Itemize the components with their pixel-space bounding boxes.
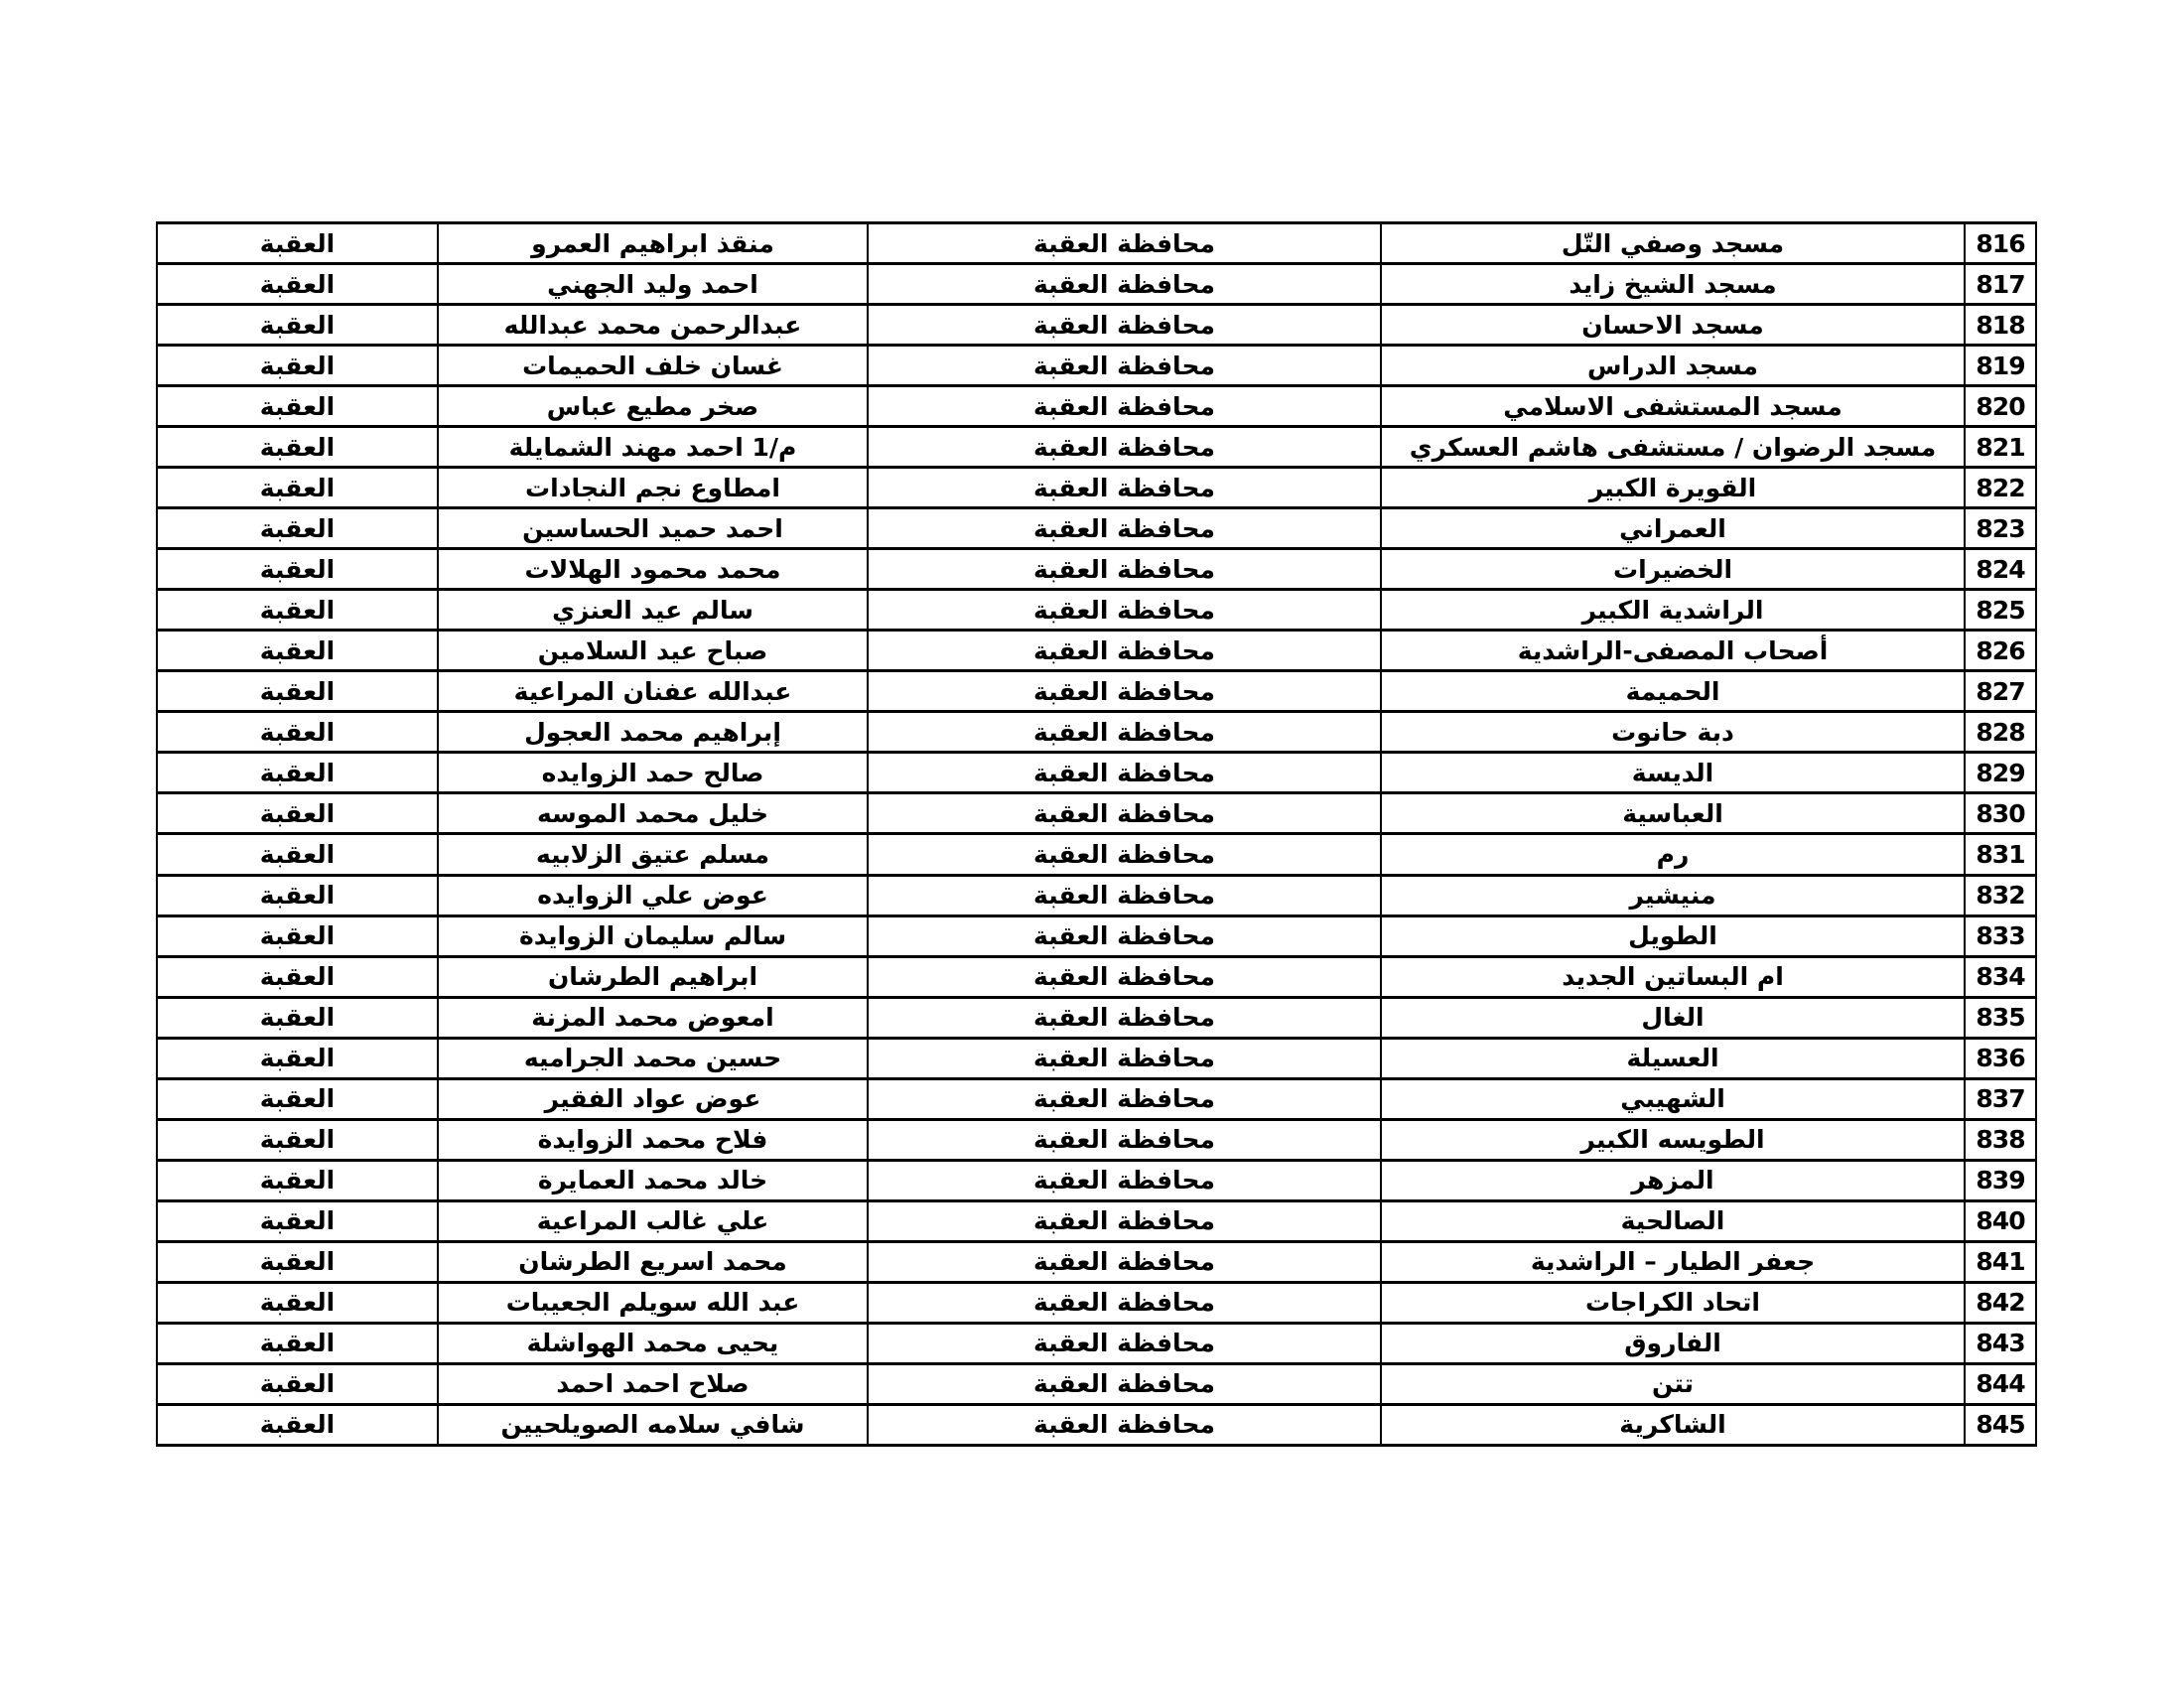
- imam-name-cell: خليل محمد الموسه: [438, 793, 868, 834]
- district-cell: العقبة: [157, 1323, 438, 1363]
- district-cell: العقبة: [157, 305, 438, 346]
- serial-number-cell: 821: [1965, 427, 2036, 468]
- mosque-name-cell: العسيلة: [1381, 1038, 1965, 1078]
- mosque-name-cell: العباسية: [1381, 793, 1965, 834]
- district-cell: العقبة: [157, 427, 438, 468]
- table-row: العقبة شافي سلامه الصويلحيين محافظة العق…: [157, 1404, 2036, 1445]
- mosque-name-cell: الشهيبي: [1381, 1078, 1965, 1119]
- district-cell: العقبة: [157, 590, 438, 631]
- imam-name-cell: فلاح محمد الزوايدة: [438, 1119, 868, 1160]
- mosque-name-cell: العمراني: [1381, 508, 1965, 549]
- table-row: العقبة محمد محمود الهلالات محافظة العقبة…: [157, 549, 2036, 590]
- imam-name-cell: عوض علي الزوايده: [438, 875, 868, 915]
- table-row: العقبة عبدالرحمن محمد عبدالله محافظة الع…: [157, 305, 2036, 346]
- serial-number-cell: 843: [1965, 1323, 2036, 1363]
- table-row: العقبة غسان خلف الحميمات محافظة العقبة م…: [157, 346, 2036, 386]
- district-cell: العقبة: [157, 834, 438, 875]
- imam-name-cell: ابراهيم الطرشان: [438, 956, 868, 997]
- table-row: العقبة عبدالله عفنان المراعية محافظة الع…: [157, 671, 2036, 712]
- governorate-cell: محافظة العقبة: [868, 997, 1381, 1038]
- imam-name-cell: احمد وليد الجهني: [438, 264, 868, 305]
- imam-name-cell: امطاوع نجم النجادات: [438, 468, 868, 508]
- governorate-cell: محافظة العقبة: [868, 1200, 1381, 1241]
- imam-name-cell: صخر مطيع عباس: [438, 386, 868, 427]
- serial-number-cell: 835: [1965, 997, 2036, 1038]
- serial-number-cell: 820: [1965, 386, 2036, 427]
- imam-name-cell: شافي سلامه الصويلحيين: [438, 1404, 868, 1445]
- district-cell: العقبة: [157, 997, 438, 1038]
- imam-name-cell: عبدالله عفنان المراعية: [438, 671, 868, 712]
- table-row: العقبة يحيى محمد الهواشلة محافظة العقبة …: [157, 1323, 2036, 1363]
- mosque-name-cell: منيشير: [1381, 875, 1965, 915]
- governorate-cell: محافظة العقبة: [868, 1323, 1381, 1363]
- serial-number-cell: 829: [1965, 753, 2036, 793]
- mosque-name-cell: جعفر الطيار – الراشدية: [1381, 1241, 1965, 1282]
- serial-number-cell: 845: [1965, 1404, 2036, 1445]
- district-cell: العقبة: [157, 1241, 438, 1282]
- imam-name-cell: عوض عواد الفقير: [438, 1078, 868, 1119]
- governorate-cell: محافظة العقبة: [868, 1038, 1381, 1078]
- district-cell: العقبة: [157, 1404, 438, 1445]
- governorate-cell: محافظة العقبة: [868, 671, 1381, 712]
- governorate-cell: محافظة العقبة: [868, 753, 1381, 793]
- serial-number-cell: 838: [1965, 1119, 2036, 1160]
- imam-name-cell: صالح حمد الزوايده: [438, 753, 868, 793]
- serial-number-cell: 837: [1965, 1078, 2036, 1119]
- serial-number-cell: 840: [1965, 1200, 2036, 1241]
- table-row: العقبة صباح عيد السلامين محافظة العقبة أ…: [157, 631, 2036, 671]
- imam-name-cell: م/1 احمد مهند الشمايلة: [438, 427, 868, 468]
- serial-number-cell: 825: [1965, 590, 2036, 631]
- imam-name-cell: سالم عيد العنزي: [438, 590, 868, 631]
- imam-name-cell: منقذ ابراهيم العمرو: [438, 223, 868, 264]
- mosque-roster-table: العقبة منقذ ابراهيم العمرو محافظة العقبة…: [156, 221, 2037, 1447]
- mosque-name-cell: الشاكرية: [1381, 1404, 1965, 1445]
- governorate-cell: محافظة العقبة: [868, 386, 1381, 427]
- table-row: العقبة محمد اسريع الطرشان محافظة العقبة …: [157, 1241, 2036, 1282]
- district-cell: العقبة: [157, 753, 438, 793]
- imam-name-cell: علي غالب المراعية: [438, 1200, 868, 1241]
- district-cell: العقبة: [157, 1160, 438, 1200]
- table-row: العقبة حسين محمد الجراميه محافظة العقبة …: [157, 1038, 2036, 1078]
- mosque-name-cell: مسجد المستشفى الاسلامي: [1381, 386, 1965, 427]
- governorate-cell: محافظة العقبة: [868, 1241, 1381, 1282]
- imam-name-cell: محمد محمود الهلالات: [438, 549, 868, 590]
- table-row: العقبة صخر مطيع عباس محافظة العقبة مسجد …: [157, 386, 2036, 427]
- district-cell: العقبة: [157, 671, 438, 712]
- serial-number-cell: 826: [1965, 631, 2036, 671]
- district-cell: العقبة: [157, 346, 438, 386]
- serial-number-cell: 816: [1965, 223, 2036, 264]
- serial-number-cell: 833: [1965, 915, 2036, 956]
- serial-number-cell: 822: [1965, 468, 2036, 508]
- mosque-name-cell: الصالحية: [1381, 1200, 1965, 1241]
- serial-number-cell: 834: [1965, 956, 2036, 997]
- imam-name-cell: امعوض محمد المزنة: [438, 997, 868, 1038]
- governorate-cell: محافظة العقبة: [868, 712, 1381, 753]
- table-row: العقبة علي غالب المراعية محافظة العقبة ا…: [157, 1200, 2036, 1241]
- mosque-name-cell: مسجد الدراس: [1381, 346, 1965, 386]
- document-page: العقبة منقذ ابراهيم العمرو محافظة العقبة…: [0, 0, 2184, 1688]
- governorate-cell: محافظة العقبة: [868, 631, 1381, 671]
- governorate-cell: محافظة العقبة: [868, 1404, 1381, 1445]
- table-row: العقبة صالح حمد الزوايده محافظة العقبة ا…: [157, 753, 2036, 793]
- table-row: العقبة م/1 احمد مهند الشمايلة محافظة الع…: [157, 427, 2036, 468]
- governorate-cell: محافظة العقبة: [868, 305, 1381, 346]
- district-cell: العقبة: [157, 508, 438, 549]
- governorate-cell: محافظة العقبة: [868, 1119, 1381, 1160]
- table-row: العقبة منقذ ابراهيم العمرو محافظة العقبة…: [157, 223, 2036, 264]
- table-row: العقبة عوض علي الزوايده محافظة العقبة من…: [157, 875, 2036, 915]
- mosque-name-cell: مسجد الشيخ زايد: [1381, 264, 1965, 305]
- district-cell: العقبة: [157, 1200, 438, 1241]
- mosque-name-cell: مسجد وصفي التّل: [1381, 223, 1965, 264]
- mosque-name-cell: ام البساتين الجديد: [1381, 956, 1965, 997]
- district-cell: العقبة: [157, 915, 438, 956]
- governorate-cell: محافظة العقبة: [868, 915, 1381, 956]
- district-cell: العقبة: [157, 1363, 438, 1404]
- mosque-name-cell: الراشدية الكبير: [1381, 590, 1965, 631]
- imam-name-cell: إبراهيم محمد العجول: [438, 712, 868, 753]
- serial-number-cell: 830: [1965, 793, 2036, 834]
- governorate-cell: محافظة العقبة: [868, 1160, 1381, 1200]
- serial-number-cell: 819: [1965, 346, 2036, 386]
- mosque-name-cell: القويرة الكبير: [1381, 468, 1965, 508]
- governorate-cell: محافظة العقبة: [868, 427, 1381, 468]
- mosque-name-cell: الحميمة: [1381, 671, 1965, 712]
- governorate-cell: محافظة العقبة: [868, 264, 1381, 305]
- mosque-name-cell: دبة حانوت: [1381, 712, 1965, 753]
- district-cell: العقبة: [157, 549, 438, 590]
- table-row: العقبة عبد الله سويلم الجعيبات محافظة ال…: [157, 1282, 2036, 1323]
- governorate-cell: محافظة العقبة: [868, 508, 1381, 549]
- serial-number-cell: 827: [1965, 671, 2036, 712]
- table-row: العقبة صلاح احمد احمد محافظة العقبة تتن …: [157, 1363, 2036, 1404]
- mosque-name-cell: الطويل: [1381, 915, 1965, 956]
- imam-name-cell: حسين محمد الجراميه: [438, 1038, 868, 1078]
- table-row: العقبة عوض عواد الفقير محافظة العقبة الش…: [157, 1078, 2036, 1119]
- serial-number-cell: 828: [1965, 712, 2036, 753]
- table-row: العقبة احمد وليد الجهني محافظة العقبة مس…: [157, 264, 2036, 305]
- district-cell: العقبة: [157, 1119, 438, 1160]
- imam-name-cell: غسان خلف الحميمات: [438, 346, 868, 386]
- imam-name-cell: سالم سليمان الزوايدة: [438, 915, 868, 956]
- serial-number-cell: 831: [1965, 834, 2036, 875]
- governorate-cell: محافظة العقبة: [868, 875, 1381, 915]
- serial-number-cell: 823: [1965, 508, 2036, 549]
- district-cell: العقبة: [157, 1038, 438, 1078]
- imam-name-cell: يحيى محمد الهواشلة: [438, 1323, 868, 1363]
- mosque-name-cell: المزهر: [1381, 1160, 1965, 1200]
- district-cell: العقبة: [157, 875, 438, 915]
- imam-name-cell: عبدالرحمن محمد عبدالله: [438, 305, 868, 346]
- serial-number-cell: 832: [1965, 875, 2036, 915]
- governorate-cell: محافظة العقبة: [868, 793, 1381, 834]
- table-row: العقبة سالم سليمان الزوايدة محافظة العقب…: [157, 915, 2036, 956]
- district-cell: العقبة: [157, 793, 438, 834]
- governorate-cell: محافظة العقبة: [868, 468, 1381, 508]
- table-row: العقبة امطاوع نجم النجادات محافظة العقبة…: [157, 468, 2036, 508]
- table-row: العقبة سالم عيد العنزي محافظة العقبة الر…: [157, 590, 2036, 631]
- governorate-cell: محافظة العقبة: [868, 1078, 1381, 1119]
- imam-name-cell: عبد الله سويلم الجعيبات: [438, 1282, 868, 1323]
- governorate-cell: محافظة العقبة: [868, 1282, 1381, 1323]
- table-row: العقبة احمد حميد الحساسين محافظة العقبة …: [157, 508, 2036, 549]
- governorate-cell: محافظة العقبة: [868, 834, 1381, 875]
- mosque-roster-body: العقبة منقذ ابراهيم العمرو محافظة العقبة…: [157, 223, 2036, 1446]
- mosque-name-cell: الخضيرات: [1381, 549, 1965, 590]
- district-cell: العقبة: [157, 468, 438, 508]
- governorate-cell: محافظة العقبة: [868, 1363, 1381, 1404]
- table-row: العقبة امعوض محمد المزنة محافظة العقبة ا…: [157, 997, 2036, 1038]
- governorate-cell: محافظة العقبة: [868, 590, 1381, 631]
- governorate-cell: محافظة العقبة: [868, 956, 1381, 997]
- table-row: العقبة إبراهيم محمد العجول محافظة العقبة…: [157, 712, 2036, 753]
- imam-name-cell: صلاح احمد احمد: [438, 1363, 868, 1404]
- district-cell: العقبة: [157, 712, 438, 753]
- mosque-name-cell: أصحاب المصفى-الراشدية: [1381, 631, 1965, 671]
- district-cell: العقبة: [157, 223, 438, 264]
- serial-number-cell: 841: [1965, 1241, 2036, 1282]
- serial-number-cell: 844: [1965, 1363, 2036, 1404]
- imam-name-cell: صباح عيد السلامين: [438, 631, 868, 671]
- imam-name-cell: احمد حميد الحساسين: [438, 508, 868, 549]
- mosque-name-cell: مسجد الرضوان / مستشفى هاشم العسكري: [1381, 427, 1965, 468]
- serial-number-cell: 842: [1965, 1282, 2036, 1323]
- governorate-cell: محافظة العقبة: [868, 549, 1381, 590]
- serial-number-cell: 839: [1965, 1160, 2036, 1200]
- mosque-name-cell: تتن: [1381, 1363, 1965, 1404]
- mosque-name-cell: اتحاد الكراجات: [1381, 1282, 1965, 1323]
- district-cell: العقبة: [157, 386, 438, 427]
- mosque-name-cell: رم: [1381, 834, 1965, 875]
- district-cell: العقبة: [157, 1078, 438, 1119]
- imam-name-cell: مسلم عتيق الزلابيه: [438, 834, 868, 875]
- table-row: العقبة ابراهيم الطرشان محافظة العقبة ام …: [157, 956, 2036, 997]
- table-row: العقبة خليل محمد الموسه محافظة العقبة ال…: [157, 793, 2036, 834]
- district-cell: العقبة: [157, 956, 438, 997]
- mosque-name-cell: مسجد الاحسان: [1381, 305, 1965, 346]
- serial-number-cell: 817: [1965, 264, 2036, 305]
- imam-name-cell: محمد اسريع الطرشان: [438, 1241, 868, 1282]
- governorate-cell: محافظة العقبة: [868, 346, 1381, 386]
- table-row: العقبة فلاح محمد الزوايدة محافظة العقبة …: [157, 1119, 2036, 1160]
- serial-number-cell: 824: [1965, 549, 2036, 590]
- district-cell: العقبة: [157, 264, 438, 305]
- district-cell: العقبة: [157, 631, 438, 671]
- table-row: العقبة مسلم عتيق الزلابيه محافظة العقبة …: [157, 834, 2036, 875]
- serial-number-cell: 818: [1965, 305, 2036, 346]
- mosque-name-cell: الغال: [1381, 997, 1965, 1038]
- table-row: العقبة خالد محمد العمايرة محافظة العقبة …: [157, 1160, 2036, 1200]
- mosque-name-cell: الطويسه الكبير: [1381, 1119, 1965, 1160]
- mosque-name-cell: الفاروق: [1381, 1323, 1965, 1363]
- mosque-name-cell: الديسة: [1381, 753, 1965, 793]
- serial-number-cell: 836: [1965, 1038, 2036, 1078]
- district-cell: العقبة: [157, 1282, 438, 1323]
- governorate-cell: محافظة العقبة: [868, 223, 1381, 264]
- imam-name-cell: خالد محمد العمايرة: [438, 1160, 868, 1200]
